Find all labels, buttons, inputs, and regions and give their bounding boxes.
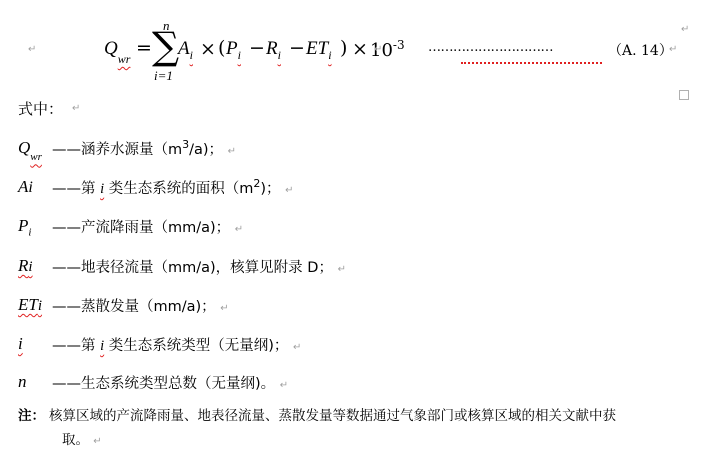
- def-symbol: Ai: [18, 177, 33, 197]
- spellcheck-underline: [461, 59, 602, 64]
- def-text: ——蒸散发量（mm/a)； ↵: [52, 295, 229, 316]
- eq-paren: (: [218, 37, 225, 59]
- note-line-1: 核算区域的产流降雨量、地表径流量、蒸散发量等数据通过气象部门或核算区域的相关文献…: [49, 404, 616, 424]
- def-text: ——第 i 类生态系统类型（无量纲)； ↵: [52, 334, 301, 355]
- eq-times: ×: [200, 38, 216, 60]
- definition-row: i ——第 i 类生态系统类型（无量纲)； ↵: [0, 334, 704, 358]
- def-symbol: i: [18, 334, 23, 354]
- def-symbol: ETi: [18, 295, 42, 315]
- def-text: ——涵养水源量（m3/a)； ↵: [52, 138, 236, 159]
- paragraph-mark: ↵: [681, 24, 689, 35]
- definition-row: n ——生态系统类型总数（无量纲)。 ↵: [0, 372, 704, 396]
- def-text: ——生态系统类型总数（无量纲)。 ↵: [52, 372, 288, 393]
- note-label: 注：: [18, 404, 45, 424]
- def-text: ——产流降雨量（mm/a)； ↵: [52, 216, 243, 237]
- eq-paren: ): [340, 37, 347, 59]
- def-symbol: Qwr: [18, 138, 42, 160]
- eq-minus: −: [289, 37, 305, 59]
- eq-term-et: ETi: [306, 38, 332, 63]
- eq-equals: =: [136, 37, 152, 59]
- eq-term-r: Ri: [266, 38, 281, 63]
- eq-times: ×: [352, 38, 368, 60]
- leader-dots: …………………………: [428, 40, 553, 55]
- definition-row: Ai ——第 i 类生态系统的面积（m2)； ↵: [0, 177, 704, 201]
- paragraph-mark: ↵: [72, 103, 80, 114]
- def-symbol: n: [18, 372, 27, 392]
- definition-row: Qwr ——涵养水源量（m3/a)； ↵: [0, 138, 704, 162]
- eq-lhs: Qwr: [104, 38, 130, 63]
- def-symbol: Pi: [18, 216, 31, 238]
- def-symbol: Ri: [18, 256, 33, 276]
- definition-row: ETi ——蒸散发量（mm/a)； ↵: [0, 295, 704, 319]
- sum-symbol-icon: ∑: [152, 24, 179, 68]
- note-line-2: 取。 ↵: [62, 428, 102, 448]
- where-label: 式中：: [18, 98, 63, 119]
- def-text: ——地表径流量（mm/a)，核算见附录 D； ↵: [52, 256, 346, 277]
- paragraph-mark: ↵: [374, 44, 382, 55]
- anchor-box-icon: [679, 90, 689, 100]
- definition-row: Ri ——地表径流量（mm/a)，核算见附录 D； ↵: [0, 256, 704, 280]
- paragraph-mark: ↵: [28, 44, 36, 55]
- def-text: ——第 i 类生态系统的面积（m2)； ↵: [52, 177, 294, 198]
- eq-term-a: Ai: [178, 38, 193, 63]
- eq-sum-bottom: i=1: [154, 68, 173, 84]
- equation-number: （A. 14）: [608, 40, 673, 60]
- definition-row: Pi ——产流降雨量（mm/a)； ↵: [0, 216, 704, 240]
- eq-minus: −: [249, 37, 265, 59]
- paragraph-mark: ↵: [669, 44, 677, 55]
- eq-term-p: Pi: [226, 38, 241, 63]
